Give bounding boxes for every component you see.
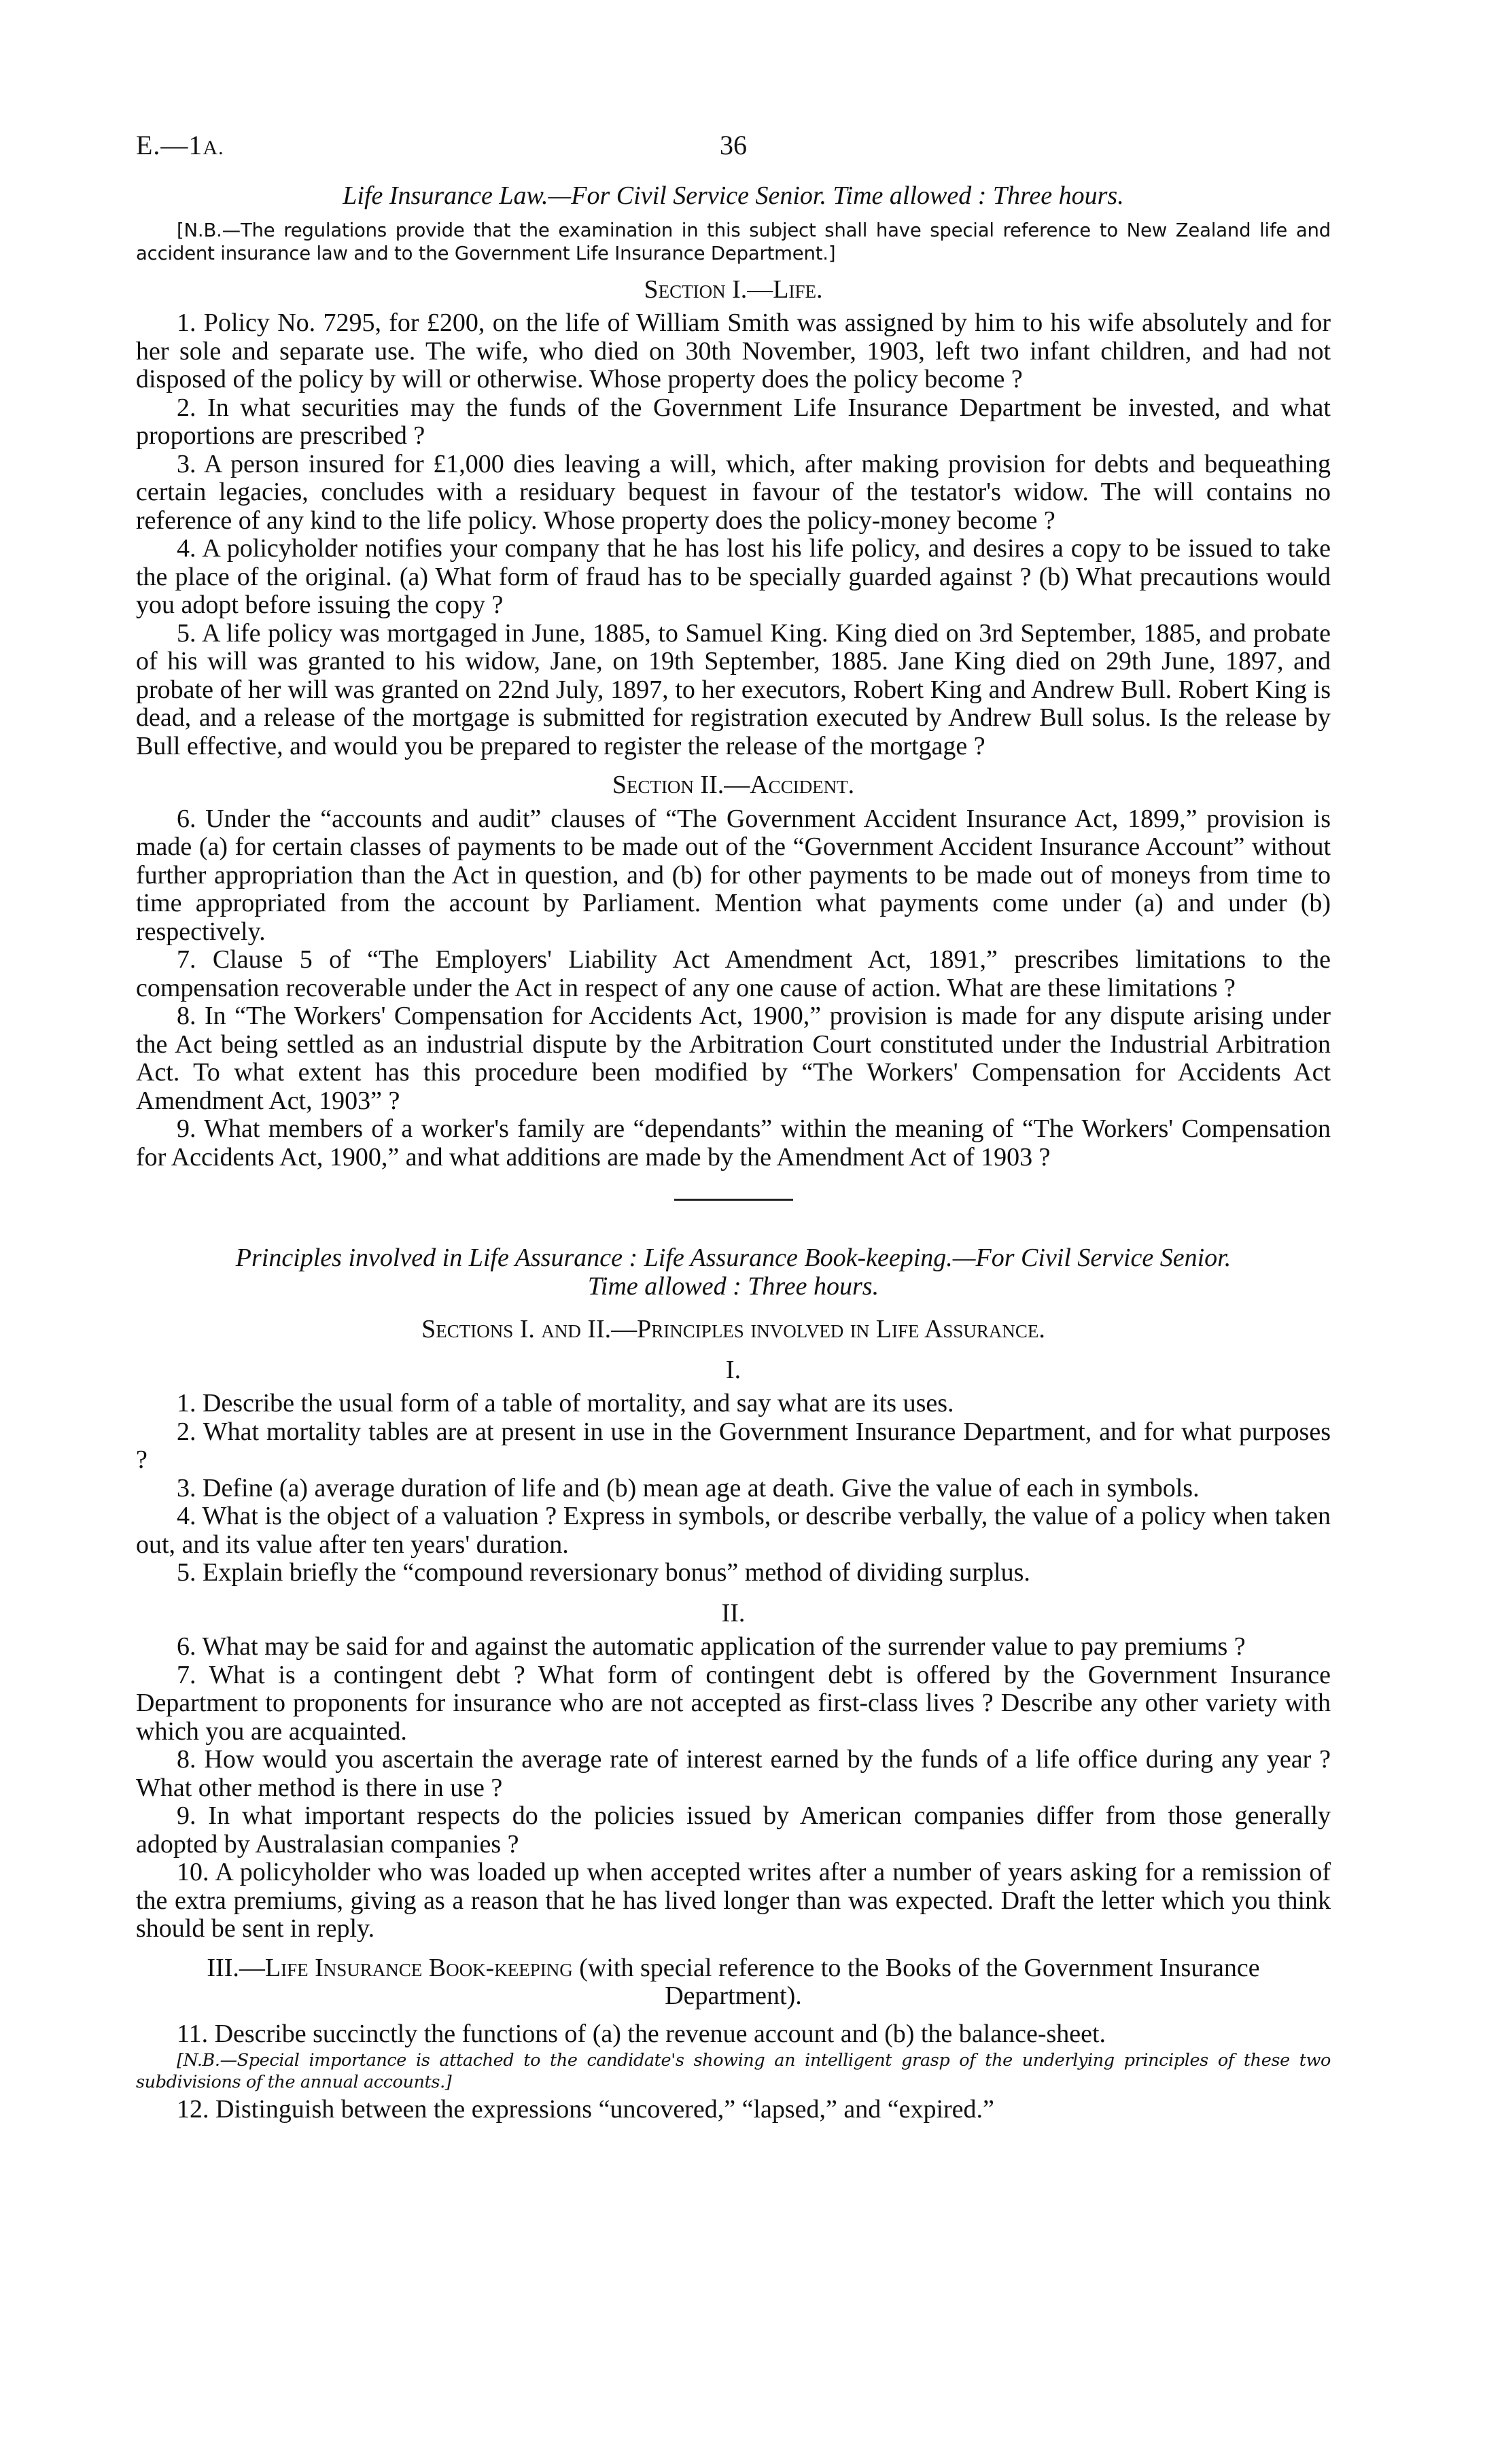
question-6: 6. Under the “accounts and audit” clause… [136,805,1331,947]
question-5: 5. A life policy was mortgaged in June, … [136,620,1331,761]
paper1-title: Life Insurance Law.—For Civil Service Se… [136,182,1331,211]
part2-numeral: II. [136,1600,1331,1628]
p2-question-6: 6. What may be said for and against the … [136,1633,1331,1661]
page-number: 36 [136,129,1331,161]
p2-question-9: 9. In what important respects do the pol… [136,1802,1331,1859]
part3-heading-rest: (with special reference to the Books of … [573,1954,1260,2011]
p2-question-3: 3. Define (a) average duration of life a… [136,1475,1331,1503]
paper2-title-line2: Time allowed : Three hours. [136,1273,1331,1301]
p2-question-5: 5. Explain briefly the “compound reversi… [136,1559,1331,1587]
p2-question-1: 1. Describe the usual form of a table of… [136,1390,1331,1418]
sections-1-2-heading: Sections I. and II.—Principles involved … [136,1316,1331,1344]
section1-heading: Section I.—Life. [136,276,1331,304]
section-divider-rule [674,1199,793,1201]
question-4: 4. A policyholder notifies your company … [136,535,1331,620]
section2-heading: Section II.—Accident. [136,771,1331,800]
p2-question-11: 11. Describe succinctly the functions of… [136,2020,1331,2049]
part3-heading-caps: III.—Life Insurance Book-keeping [207,1954,572,1982]
running-head: E.—1A. 36 [136,129,1331,163]
question-9: 9. What members of a worker's family are… [136,1115,1331,1172]
question-1: 1. Policy No. 7295, for £200, on the lif… [136,309,1331,394]
p2-question-8: 8. How would you ascertain the average r… [136,1746,1331,1802]
paper1-note: [N.B.—The regulations provide that the e… [136,219,1331,265]
part1-numeral: I. [136,1356,1331,1385]
paper2-title-line1: Principles involved in Life Assurance : … [136,1244,1331,1273]
question-3: 3. A person insured for £1,000 dies leav… [136,451,1331,535]
paper2-title: Principles involved in Life Assurance : … [136,1244,1331,1301]
part3-note: [N.B.—Special importance is attached to … [136,2049,1331,2093]
question-8: 8. In “The Workers' Compensation for Acc… [136,1002,1331,1115]
p2-question-10: 10. A policyholder who was loaded up whe… [136,1859,1331,1943]
p2-question-2: 2. What mortality tables are at present … [136,1418,1331,1475]
part3-heading: III.—Life Insurance Book-keeping (with s… [136,1954,1331,2011]
exam-page: Life Insurance Law.—For Civil Service Se… [136,178,1331,2124]
p2-question-12: 12. Distinguish between the expressions … [136,2096,1331,2124]
question-7: 7. Clause 5 of “The Employers' Liability… [136,946,1331,1002]
p2-question-4: 4. What is the object of a valuation ? E… [136,1502,1331,1559]
p2-question-7: 7. What is a contingent debt ? What form… [136,1661,1331,1746]
question-2: 2. In what securities may the funds of t… [136,394,1331,451]
